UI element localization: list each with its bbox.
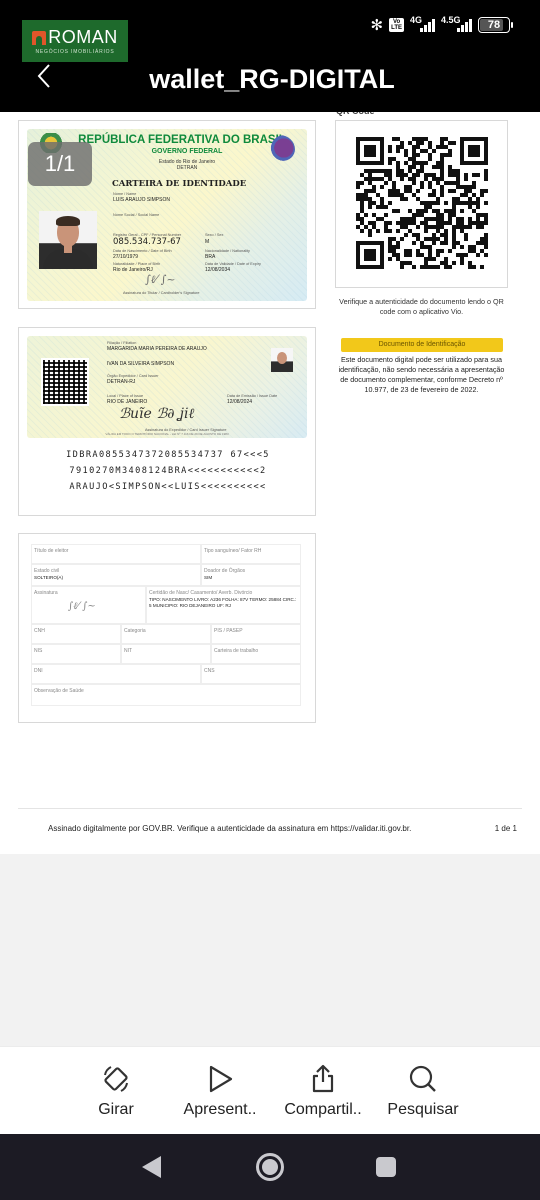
volte-icon: VoLTE bbox=[389, 18, 404, 32]
mrz-line-2: 7910270M3408124BRA<<<<<<<<<<<2 bbox=[19, 466, 317, 476]
cns-cell: CNS bbox=[201, 664, 301, 684]
dni-label: DNI bbox=[34, 668, 43, 674]
app-header: ROMAN NEGÓCIOS IMOBILIÁRIOS ✻ VoLTE 4G 4… bbox=[0, 0, 540, 112]
issue-date-value: 12/08/2024 bbox=[227, 399, 252, 405]
donor-value: SIM bbox=[204, 575, 298, 581]
holder-signature: ∫ℓ⁄ ∫~ bbox=[145, 273, 176, 286]
qr-code bbox=[356, 136, 488, 270]
rotate-label: Girar bbox=[66, 1101, 166, 1119]
nav-back-icon[interactable] bbox=[142, 1156, 161, 1178]
category-label: Categoria bbox=[124, 628, 146, 634]
nationality-value: BRA bbox=[205, 254, 215, 260]
extra-data-form: Título de eleitor Tipo sanguíneo/ Fator … bbox=[31, 544, 301, 712]
card-title: CARTEIRA DE IDENTIDADE bbox=[112, 179, 246, 189]
small-qr-code bbox=[41, 358, 89, 406]
nav-home-icon[interactable] bbox=[256, 1153, 284, 1181]
search-label: Pesquisar bbox=[373, 1101, 473, 1119]
cnh-cell: CNH bbox=[31, 624, 121, 644]
work-card-cell: Carteira de trabalho bbox=[211, 644, 301, 664]
system-nav-bar bbox=[0, 1134, 540, 1200]
certificate-label: Certidão de Nasc/ Casamento/ Averb. Divó… bbox=[149, 590, 252, 596]
id-back-frame: Filiação / Filiation MARGARIDA MARIA PER… bbox=[18, 327, 316, 516]
mrz-line-3: ARAUJO<SIMPSON<<LUIS<<<<<<<<<< bbox=[19, 482, 317, 492]
mini-holder-photo bbox=[271, 348, 293, 372]
pdf-page[interactable]: REPÚBLICA FEDERATIVA DO BRASIL GOVERNO F… bbox=[0, 112, 540, 854]
signal-icon-2: 4.5G bbox=[441, 18, 472, 32]
dob-value: 27/10/1979 bbox=[113, 254, 138, 260]
name-label: Nome / Name bbox=[113, 192, 136, 196]
bluetooth-icon: ✻ bbox=[371, 16, 384, 34]
social-name-label: Nome Social / Social Name bbox=[113, 213, 159, 217]
state-label: Estado do Rio de Janeiro DETRAN bbox=[87, 159, 287, 171]
qr-label: QR Code bbox=[336, 112, 375, 116]
civil-cell: Estado civilSOLTEIRO(A) bbox=[31, 564, 201, 586]
brazil-map-icon bbox=[267, 135, 295, 161]
signal-icon-1: 4G bbox=[410, 18, 435, 32]
network-type-1: 4G bbox=[410, 15, 422, 25]
extra-signature-label: Assinatura bbox=[34, 590, 58, 596]
play-icon bbox=[204, 1063, 236, 1095]
expiry-label: Data de Validade / Date of Expiry bbox=[205, 262, 261, 266]
digital-signature-note: Assinado digitalmente por GOV.BR. Verifi… bbox=[48, 824, 411, 833]
pis-label: PIS / PASEP bbox=[214, 628, 243, 634]
share-label: Compartil.. bbox=[273, 1101, 373, 1119]
nis-label: NIS bbox=[34, 648, 42, 654]
page-count: 1 de 1 bbox=[495, 824, 517, 833]
cns-label: CNS bbox=[204, 668, 215, 674]
issuer-value: DETRAN-RJ bbox=[107, 379, 135, 385]
work-card-label: Carteira de trabalho bbox=[214, 648, 258, 654]
page-title: wallet_RG-DIGITAL bbox=[0, 64, 540, 95]
sex-value: M bbox=[205, 239, 209, 245]
id-card-back: Filiação / Filiation MARGARIDA MARIA PER… bbox=[27, 336, 307, 438]
republic-title: REPÚBLICA FEDERATIVA DO BRASIL bbox=[77, 134, 287, 146]
dni-cell: DNI bbox=[31, 664, 201, 684]
verify-text: Verifique a autenticidade do documento l… bbox=[335, 297, 508, 317]
cnh-label: CNH bbox=[34, 628, 45, 634]
nit-label: NIT bbox=[124, 648, 132, 654]
dob-label: Data de Nascimento / Date of Birth bbox=[113, 249, 172, 253]
document-type-badge: Documento de Identificação bbox=[341, 338, 503, 352]
id-extra-frame: Título de eleitor Tipo sanguíneo/ Fator … bbox=[18, 533, 316, 723]
house-icon bbox=[32, 31, 46, 45]
issuer-label: Órgão Expedidor / Card Issuer bbox=[107, 374, 159, 378]
issue-place-label: Local / Place of Issue bbox=[107, 394, 143, 398]
name-value: LUIS ARAUJO SIMPSON bbox=[113, 197, 170, 203]
civil-label: Estado civil bbox=[34, 568, 59, 574]
blood-label: Tipo sanguíneo/ Fator RH bbox=[204, 548, 261, 554]
nav-recents-icon[interactable] bbox=[376, 1157, 396, 1177]
issue-date-label: Data de Emissão / Issue Date bbox=[227, 394, 277, 398]
nit-cell: NIT bbox=[121, 644, 211, 664]
donor-label: Doador de Órgãos bbox=[204, 568, 245, 574]
civil-value: SOLTEIRO(A) bbox=[34, 575, 198, 581]
pis-cell: PIS / PASEP bbox=[211, 624, 301, 644]
government-label: GOVERNO FEDERAL bbox=[87, 148, 287, 155]
signature-cell: Assinatura∫ℓ⁄ ∫~ bbox=[31, 586, 146, 624]
agency-name: DETRAN bbox=[87, 165, 287, 171]
certificate-cell: Certidão de Nasc/ Casamento/ Averb. Divó… bbox=[146, 586, 301, 624]
rotate-icon bbox=[100, 1063, 132, 1095]
roman-logo: ROMAN NEGÓCIOS IMOBILIÁRIOS bbox=[22, 20, 128, 62]
document-description: Este documento digital pode ser utilizad… bbox=[335, 355, 508, 395]
battery-level: 78 bbox=[488, 19, 500, 31]
health-cell: Observação de Saúde bbox=[31, 684, 301, 706]
filiation-label: Filiação / Filiation bbox=[107, 341, 136, 345]
page-indicator: 1/1 bbox=[28, 142, 92, 186]
issue-place-value: RIO DE JANEIRO bbox=[107, 399, 147, 405]
screen: ROMAN NEGÓCIOS IMOBILIÁRIOS ✻ VoLTE 4G 4… bbox=[0, 0, 540, 1200]
rotate-button[interactable]: Girar bbox=[66, 1063, 166, 1119]
category-cell: Categoria bbox=[121, 624, 211, 644]
battery-icon: 78 bbox=[478, 17, 510, 33]
nis-cell: NIS bbox=[31, 644, 121, 664]
health-label: Observação de Saúde bbox=[34, 688, 84, 694]
mother-name: MARGARIDA MARIA PEREIRA DE ARAUJO bbox=[107, 346, 207, 352]
blood-cell: Tipo sanguíneo/ Fator RH bbox=[201, 544, 301, 564]
search-button[interactable]: Pesquisar bbox=[373, 1063, 473, 1119]
cpf-value: 085.534.737-67 bbox=[113, 237, 181, 247]
signature-label: Assinatura do Titular / Cardholder's Sig… bbox=[123, 291, 200, 295]
status-bar: ✻ VoLTE 4G 4.5G 78 bbox=[371, 16, 510, 34]
expiry-value: 12/08/2034 bbox=[205, 267, 230, 273]
validity-note: VÁLIDA EM TODO O TERRITÓRIO NACIONAL - L… bbox=[27, 432, 307, 436]
footer-divider bbox=[18, 808, 522, 809]
nationality-label: Nacionalidade / Nationality bbox=[205, 249, 250, 253]
issuer-signature: ℬuĩe ℬ∂ ʝiℓ bbox=[119, 406, 194, 423]
mrz-line-1: IDBRA0855347372085534737 67<<<5 bbox=[19, 450, 317, 460]
certificate-value: TIPO: NASCIMENTO LIVRO: A236 FOLHA: 87V … bbox=[149, 597, 298, 609]
voter-label: Título de eleitor bbox=[34, 548, 68, 554]
present-button[interactable]: Apresent.. bbox=[170, 1063, 270, 1119]
logo-name: ROMAN bbox=[48, 27, 118, 48]
father-name: IVAN DA SILVEIRA SIMPSON bbox=[107, 361, 174, 367]
search-icon bbox=[407, 1063, 439, 1095]
donor-cell: Doador de ÓrgãosSIM bbox=[201, 564, 301, 586]
holder-photo bbox=[39, 211, 97, 269]
birthplace-label: Naturalidade / Place of Birth bbox=[113, 262, 160, 266]
logo-tagline: NEGÓCIOS IMOBILIÁRIOS bbox=[35, 49, 114, 55]
present-label: Apresent.. bbox=[170, 1101, 270, 1119]
network-type-2: 4.5G bbox=[441, 15, 461, 25]
qr-code-box bbox=[335, 120, 508, 288]
sex-label: Sexo / Sex bbox=[205, 233, 223, 237]
voter-cell: Título de eleitor bbox=[31, 544, 201, 564]
share-icon bbox=[307, 1063, 339, 1095]
share-button[interactable]: Compartil.. bbox=[273, 1063, 373, 1119]
bottom-toolbar: Girar Apresent.. Compartil.. Pesquisar bbox=[0, 1046, 540, 1134]
